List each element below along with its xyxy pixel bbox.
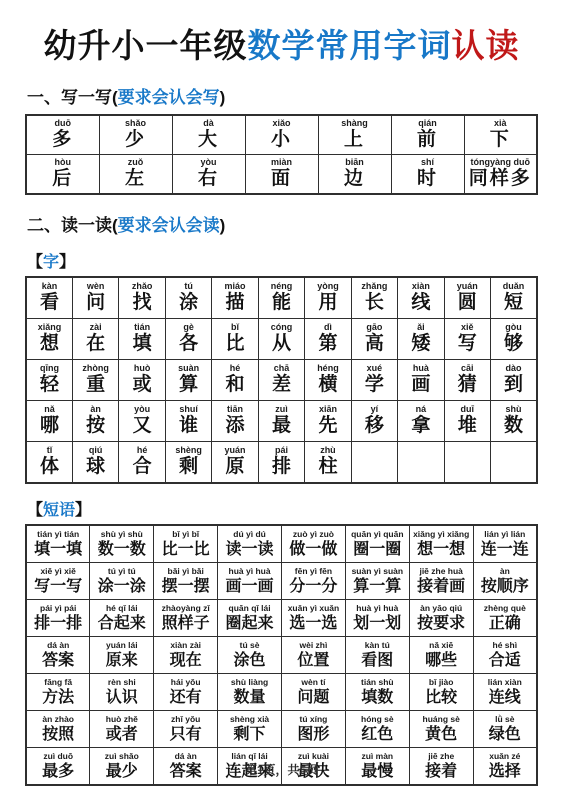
pinyin-text: zài [73, 322, 118, 333]
pinyin-text: zhàoyàng zǐ [154, 603, 217, 614]
hanzi-text [352, 456, 397, 478]
pinyin-text: yòng [305, 281, 350, 292]
pinyin-text: yuán lái [90, 640, 153, 651]
hanzi-text: 认识 [90, 688, 153, 707]
pinyin-text: àn zhào [27, 714, 89, 725]
hanzi-text: 按 [73, 415, 118, 437]
hanzi-text: 只有 [154, 725, 217, 744]
char-cell: bǐ比 [212, 319, 258, 360]
pinyin-text: dào [491, 363, 536, 374]
hanzi-text: 轻 [27, 374, 72, 396]
pinyin-text: bǐ yì bǐ [154, 529, 217, 540]
char-cell: zhòng重 [72, 360, 118, 401]
char-cell: zhǎng长 [351, 277, 397, 319]
pinyin-text: zuì màn [346, 751, 409, 762]
char-cell: hé shì合适 [473, 637, 537, 674]
hanzi-text: 剩 [166, 456, 211, 478]
hanzi-text: 摆一摆 [154, 577, 217, 596]
hanzi-text: 猜 [445, 374, 490, 396]
pinyin-text [445, 445, 490, 456]
char-cell [444, 442, 490, 484]
hanzi-text: 比一比 [154, 540, 217, 559]
hanzi-text: 比较 [410, 688, 473, 707]
char-cell: pái yì pái排一排 [26, 600, 90, 637]
pinyin-text: néng [259, 281, 304, 292]
table-row: dá àn答案yuán lái原来xiàn zài现在tú sè涂色wèi zh… [26, 637, 537, 674]
pinyin-text: zuì [259, 404, 304, 415]
pinyin-text: hé shì [474, 640, 536, 651]
section-read-prefix: 二、读一读( [27, 216, 118, 235]
pinyin-text: wèn tí [282, 677, 345, 688]
hanzi-text: 用 [305, 292, 350, 314]
hanzi-text: 看 [27, 292, 72, 314]
char-cell: tú yì tú涂一涂 [90, 563, 154, 600]
pinyin-text: lián qǐ lái [218, 751, 281, 762]
hanzi-text: 先 [305, 415, 350, 437]
hanzi-text: 画 [398, 374, 443, 396]
pinyin-text [491, 445, 536, 456]
char-cell: shù yì shù数一数 [90, 525, 154, 563]
hanzi-text: 合适 [474, 651, 536, 670]
hanzi-text: 体 [27, 456, 72, 478]
hanzi-text: 看图 [346, 651, 409, 670]
pinyin-text: hóng sè [346, 714, 409, 725]
hanzi-text: 添 [212, 415, 257, 437]
pinyin-text: gòu [491, 322, 536, 333]
worksheet-page: 幼升小一年级数学常用字词认读 一、写一写(要求会认会写) duō多shǎo少dà… [0, 0, 563, 800]
pinyin-text: zhù [305, 445, 350, 456]
char-cell: xuǎn yì xuǎn选一选 [282, 600, 346, 637]
pinyin-text: suàn yì suàn [346, 566, 409, 577]
char-cell: xué学 [351, 360, 397, 401]
char-cell: qián前 [391, 115, 464, 155]
pinyin-text: zuì shǎo [90, 751, 153, 762]
pinyin-text: cóng [259, 322, 304, 333]
page-title: 幼升小一年级数学常用字词认读 [0, 0, 563, 67]
char-cell: chā差 [258, 360, 304, 401]
hanzi-text: 原 [212, 456, 257, 478]
hanzi-text: 或 [119, 374, 164, 396]
hanzi-text: 排 [259, 456, 304, 478]
page-footer: 第1页，共5页 [0, 761, 563, 778]
hanzi-text: 答案 [27, 651, 89, 670]
char-cell: dào到 [491, 360, 537, 401]
char-cell: wèn问 [72, 277, 118, 319]
pinyin-text: hé [212, 363, 257, 374]
pinyin-text: xià [465, 118, 537, 129]
hanzi-text: 按顺序 [474, 577, 536, 596]
pinyin-text: àn [474, 566, 536, 577]
char-cell: zhèng què正确 [473, 600, 537, 637]
pinyin-text: cāi [445, 363, 490, 374]
char-cell: kàn看 [26, 277, 72, 319]
char-cell: shù liàng数量 [218, 674, 282, 711]
char-cell: fāng fǎ方法 [26, 674, 90, 711]
char-cell: dà大 [172, 115, 245, 155]
hanzi-text: 绿色 [474, 725, 536, 744]
char-cell: jiē zhe huà接着画 [409, 563, 473, 600]
pinyin-text: tián yì tián [27, 529, 89, 540]
pinyin-text: xiǎo [246, 118, 318, 129]
hanzi-text: 面 [246, 168, 318, 190]
hanzi-text [398, 456, 443, 478]
char-cell: bǐ jiào比较 [409, 674, 473, 711]
zi-label-text: 字 [43, 254, 59, 271]
hanzi-text: 线 [398, 292, 443, 314]
pinyin-text [352, 445, 397, 456]
section-read-requirement: 要求会认会读 [118, 216, 220, 235]
char-cell: àn yāo qiú按要求 [409, 600, 473, 637]
pinyin-text: tián shù [346, 677, 409, 688]
hanzi-text: 圆 [445, 292, 490, 314]
table-row: xiǎng想zài在tián填gè各bǐ比cóng从dì第gāo高ǎi矮xiě写… [26, 319, 537, 360]
hanzi-text: 按要求 [410, 614, 473, 633]
hanzi-text: 同样多 [465, 168, 537, 190]
pinyin-text: yí [352, 404, 397, 415]
pinyin-text: bǐ [212, 322, 257, 333]
pinyin-text: fāng fǎ [27, 677, 89, 688]
pinyin-text: biān [319, 157, 391, 168]
char-cell: ná拿 [398, 401, 444, 442]
zi-label-open: 【 [27, 254, 43, 271]
pinyin-text: zuǒ [100, 157, 172, 168]
pinyin-text: héng [305, 363, 350, 374]
pinyin-text: chā [259, 363, 304, 374]
hanzi-text: 和 [212, 374, 257, 396]
hanzi-text: 小 [246, 129, 318, 151]
hanzi-text: 哪些 [410, 651, 473, 670]
hanzi-text: 堆 [445, 415, 490, 437]
pinyin-text: duō [27, 118, 99, 129]
pinyin-text: zuì duō [27, 751, 89, 762]
pinyin-text: nǎ [27, 404, 72, 415]
duanyu-label: 【短语】 [27, 497, 563, 520]
char-cell: dú yì dú读一读 [218, 525, 282, 563]
char-cell: shǎo少 [99, 115, 172, 155]
char-cell: suàn算 [165, 360, 211, 401]
char-cell: miàn面 [245, 155, 318, 195]
table-row: fāng fǎ方法rèn shi认识hái yǒu还有shù liàng数量wè… [26, 674, 537, 711]
char-cell: cāi猜 [444, 360, 490, 401]
char-cell: lián yì lián连一连 [473, 525, 537, 563]
table-row: tǐ体qiú球hé合shèng剩yuán原pái排zhù柱 [26, 442, 537, 484]
hanzi-text: 比 [212, 333, 257, 355]
char-cell: bǐ yì bǐ比一比 [154, 525, 218, 563]
pinyin-text: huà yì huà [346, 603, 409, 614]
char-cell: xiàn线 [398, 277, 444, 319]
pinyin-text: tú [166, 281, 211, 292]
hanzi-text: 在 [73, 333, 118, 355]
hanzi-text: 哪 [27, 415, 72, 437]
hanzi-text: 方法 [27, 688, 89, 707]
char-cell: shèng剩 [165, 442, 211, 484]
pinyin-text: huáng sè [410, 714, 473, 725]
hanzi-text: 到 [491, 374, 536, 396]
section-read-heading: 二、读一读(要求会认会读) [27, 211, 563, 236]
zi-label: 【字】 [27, 249, 563, 272]
char-cell: tián填 [119, 319, 165, 360]
hanzi-text: 找 [119, 292, 164, 314]
char-cell [398, 442, 444, 484]
char-cell: xiě yì xiě写一写 [26, 563, 90, 600]
char-cell: shèng xià剩下 [218, 711, 282, 748]
hanzi-text: 柱 [305, 456, 350, 478]
char-cell: yuán lái原来 [90, 637, 154, 674]
hanzi-text: 正确 [474, 614, 536, 633]
pinyin-text: xuǎn yì xuǎn [282, 603, 345, 614]
table-row: tián yì tián填一填shù yì shù数一数bǐ yì bǐ比一比d… [26, 525, 537, 563]
char-cell: tiān添 [212, 401, 258, 442]
char-cell: héng横 [305, 360, 351, 401]
pinyin-text: àn yāo qiú [410, 603, 473, 614]
hanzi-text: 最 [259, 415, 304, 437]
char-cell: huò或 [119, 360, 165, 401]
table-row: duō多shǎo少dà大xiǎo小shàng上qián前xià下 [26, 115, 537, 155]
pinyin-text: lián xiàn [474, 677, 536, 688]
char-cell: qiú球 [72, 442, 118, 484]
pinyin-text: quān yì quān [346, 529, 409, 540]
hanzi-text [445, 456, 490, 478]
pinyin-text: tú yì tú [90, 566, 153, 577]
char-cell: xiān先 [305, 401, 351, 442]
char-cell: gòu够 [491, 319, 537, 360]
hanzi-text: 图形 [282, 725, 345, 744]
hanzi-text: 连一连 [474, 540, 536, 559]
hanzi-text: 高 [352, 333, 397, 355]
hanzi-text: 排一排 [27, 614, 89, 633]
char-cell: huáng sè黄色 [409, 711, 473, 748]
char-cell: xiě写 [444, 319, 490, 360]
section-read-suffix: ) [220, 216, 226, 235]
hanzi-text: 矮 [398, 333, 443, 355]
char-cell: nǎ xiē哪些 [409, 637, 473, 674]
pinyin-text: xué [352, 363, 397, 374]
pinyin-text: huò zhě [90, 714, 153, 725]
char-cell: hé qǐ lái合起来 [90, 600, 154, 637]
section-write-prefix: 一、写一写( [27, 88, 118, 107]
char-cell: huò zhě或者 [90, 711, 154, 748]
phrase-table: tián yì tián填一填shù yì shù数一数bǐ yì bǐ比一比d… [25, 524, 538, 786]
pinyin-text: xuǎn zé [474, 751, 536, 762]
pinyin-text: shèng [166, 445, 211, 456]
hanzi-text: 少 [100, 129, 172, 151]
pinyin-text: bǎi yì bǎi [154, 566, 217, 577]
pinyin-text: qián [392, 118, 464, 129]
pinyin-text: jiē zhe [410, 751, 473, 762]
hanzi-text: 球 [73, 456, 118, 478]
hanzi-text: 左 [100, 168, 172, 190]
char-cell: xià下 [464, 115, 537, 155]
pinyin-text: zuì kuài [282, 751, 345, 762]
hanzi-text: 连线 [474, 688, 536, 707]
hanzi-text: 分一分 [282, 577, 345, 596]
hanzi-text: 移 [352, 415, 397, 437]
pinyin-text: xiǎng [27, 322, 72, 333]
char-cell: yuán圆 [444, 277, 490, 319]
pinyin-text: xiǎng yì xiǎng [410, 529, 473, 540]
char-cell: qīng轻 [26, 360, 72, 401]
char-cell: ǎi矮 [398, 319, 444, 360]
pinyin-text: shuí [166, 404, 211, 415]
char-cell: hóng sè红色 [345, 711, 409, 748]
hanzi-text: 大 [173, 129, 245, 151]
pinyin-text: kàn tú [346, 640, 409, 651]
hanzi-text: 够 [491, 333, 536, 355]
pinyin-text: yòu [173, 157, 245, 168]
pinyin-text: dì [305, 322, 350, 333]
pinyin-text: dú yì dú [218, 529, 281, 540]
pinyin-text: quān qǐ lái [218, 603, 281, 614]
pinyin-text: duǎn [491, 281, 536, 292]
pinyin-text: nǎ xiē [410, 640, 473, 651]
pinyin-text: yuán [212, 445, 257, 456]
char-cell: àn按顺序 [473, 563, 537, 600]
char-cell: dá àn答案 [26, 637, 90, 674]
title-part-red: 认读 [452, 29, 520, 65]
char-cell: quān qǐ lái圈起来 [218, 600, 282, 637]
hanzi-text: 问 [73, 292, 118, 314]
hanzi-text: 横 [305, 374, 350, 396]
pinyin-text: suàn [166, 363, 211, 374]
char-cell: shuí谁 [165, 401, 211, 442]
pinyin-text: fēn yì fēn [282, 566, 345, 577]
pinyin-text: shù liàng [218, 677, 281, 688]
pinyin-text: xiàn [398, 281, 443, 292]
pinyin-text: pái yì pái [27, 603, 89, 614]
char-cell: zuǒ左 [99, 155, 172, 195]
char-cell: zhǐ yǒu只有 [154, 711, 218, 748]
pinyin-text: dà [173, 118, 245, 129]
table-row: xiě yì xiě写一写tú yì tú涂一涂bǎi yì bǎi摆一摆huà… [26, 563, 537, 600]
hanzi-text: 第 [305, 333, 350, 355]
hanzi-text: 填 [119, 333, 164, 355]
pinyin-text: àn [73, 404, 118, 415]
char-cell: yòu右 [172, 155, 245, 195]
char-cell: tú sè涂色 [218, 637, 282, 674]
pinyin-text: huò [119, 363, 164, 374]
char-cell: tú涂 [165, 277, 211, 319]
zi-table-body: kàn看wèn问zhǎo找tú涂miáo描néng能yòng用zhǎng长xià… [26, 277, 537, 483]
char-cell: xiǎng yì xiǎng想一想 [409, 525, 473, 563]
char-cell: zhàoyàng zǐ照样子 [154, 600, 218, 637]
title-part-blue: 数学常用字词 [248, 29, 452, 65]
pinyin-text: ná [398, 404, 443, 415]
pinyin-text: shù yì shù [90, 529, 153, 540]
hanzi-text: 长 [352, 292, 397, 314]
pinyin-text: xiě yì xiě [27, 566, 89, 577]
pinyin-text: pái [259, 445, 304, 456]
char-cell: wèn tí问题 [282, 674, 346, 711]
pinyin-text: tián [119, 322, 164, 333]
hanzi-text: 前 [392, 129, 464, 151]
hanzi-text: 合起来 [90, 614, 153, 633]
pinyin-text: bǐ jiào [410, 677, 473, 688]
hanzi-text: 写 [445, 333, 490, 355]
char-cell: zhù柱 [305, 442, 351, 484]
char-cell: quān yì quān圈一圈 [345, 525, 409, 563]
pinyin-text: qīng [27, 363, 72, 374]
pinyin-text: tóngyàng duō [465, 157, 537, 168]
duanyu-label-open: 【 [27, 502, 43, 519]
char-cell: shàng上 [318, 115, 391, 155]
hanzi-text: 写一写 [27, 577, 89, 596]
char-cell: zuì最 [258, 401, 304, 442]
zi-label-close: 】 [59, 254, 75, 271]
pinyin-text: tǐ [27, 445, 72, 456]
pinyin-text: dá àn [154, 751, 217, 762]
hanzi-text: 谁 [166, 415, 211, 437]
pinyin-text [398, 445, 443, 456]
pinyin-text: yuán [445, 281, 490, 292]
hanzi-text: 画一画 [218, 577, 281, 596]
pinyin-text: tú xíng [282, 714, 345, 725]
hanzi-text: 红色 [346, 725, 409, 744]
char-cell: shù数 [491, 401, 537, 442]
pinyin-text: shèng xià [218, 714, 281, 725]
hanzi-text: 黄色 [410, 725, 473, 744]
hanzi-text: 算 [166, 374, 211, 396]
pinyin-text: huà yì huà [218, 566, 281, 577]
pinyin-text: lǜ sè [474, 714, 536, 725]
section-write-suffix: ) [220, 88, 226, 107]
pinyin-text: hé qǐ lái [90, 603, 153, 614]
char-cell [351, 442, 397, 484]
table-row: àn zhào按照huò zhě或者zhǐ yǒu只有shèng xià剩下tú… [26, 711, 537, 748]
hanzi-text: 原来 [90, 651, 153, 670]
char-cell: duǎn短 [491, 277, 537, 319]
pinyin-text: duī [445, 404, 490, 415]
pinyin-text: qiú [73, 445, 118, 456]
hanzi-text: 下 [465, 129, 537, 151]
hanzi-text: 后 [27, 168, 99, 190]
char-cell: biān边 [318, 155, 391, 195]
hanzi-text [491, 456, 536, 478]
hanzi-text: 想一想 [410, 540, 473, 559]
hanzi-text: 算一算 [346, 577, 409, 596]
hanzi-text: 圈一圈 [346, 540, 409, 559]
char-cell: fēn yì fēn分一分 [282, 563, 346, 600]
char-cell: xiǎo小 [245, 115, 318, 155]
hanzi-text: 从 [259, 333, 304, 355]
char-cell: hé和 [212, 360, 258, 401]
char-cell: hái yǒu还有 [154, 674, 218, 711]
hanzi-text: 又 [119, 415, 164, 437]
table-row: pái yì pái排一排hé qǐ lái合起来zhàoyàng zǐ照样子q… [26, 600, 537, 637]
hanzi-text: 圈起来 [218, 614, 281, 633]
char-cell: àn按 [72, 401, 118, 442]
char-cell: nǎ哪 [26, 401, 72, 442]
char-cell: huà yì huà划一划 [345, 600, 409, 637]
pinyin-text: zhǎo [119, 281, 164, 292]
char-cell: suàn yì suàn算一算 [345, 563, 409, 600]
pinyin-text: hé [119, 445, 164, 456]
pinyin-text: wèn [73, 281, 118, 292]
char-cell: àn zhào按照 [26, 711, 90, 748]
zi-table: kàn看wèn问zhǎo找tú涂miáo描néng能yòng用zhǎng长xià… [25, 276, 538, 484]
pinyin-text: gè [166, 322, 211, 333]
pinyin-text: zhòng [73, 363, 118, 374]
char-cell: hòu后 [26, 155, 99, 195]
char-cell: xiàn zài现在 [154, 637, 218, 674]
pinyin-text: shù [491, 404, 536, 415]
pinyin-text: huà [398, 363, 443, 374]
hanzi-text: 数量 [218, 688, 281, 707]
char-cell: tú xíng图形 [282, 711, 346, 748]
hanzi-text: 右 [173, 168, 245, 190]
pinyin-text: kàn [27, 281, 72, 292]
pinyin-text: zhèng què [474, 603, 536, 614]
hanzi-text: 读一读 [218, 540, 281, 559]
